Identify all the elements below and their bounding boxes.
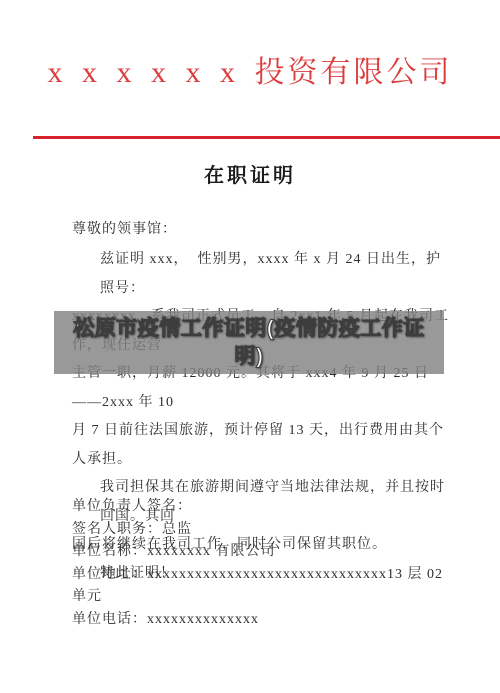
body-line: 月 7 日前往法国旅游，预计停留 13 天，出行费用由其个人承担。	[72, 417, 452, 474]
company-name-line: 单位名称：xxxxxxxx 有限公司	[72, 541, 452, 564]
header-divider-line	[33, 136, 500, 139]
watermark-overlay: 松原市疫情工作证明(疫情防疫工作证 明)	[54, 311, 444, 374]
company-title: x x x x x x 投资有限公司	[0, 52, 500, 94]
greeting-line: 尊敬的领事馆：	[72, 219, 452, 241]
company-address-line: 单位地址：xxxxxxxxxxxxxxxxxxxxxxxxxxxxxx13 层 …	[72, 564, 452, 609]
certificate-page: x x x x x x 投资有限公司 在职证明 尊敬的领事馆： 兹证明 xxx，…	[0, 0, 500, 693]
watermark-text-line1: 松原市疫情工作证明(疫情防疫工作证	[73, 315, 425, 343]
body-line: 兹证明 xxx， 性别男，xxxx 年 x 月 24 日出生，护照号：	[72, 246, 452, 303]
company-phone-line: 单位电话：xxxxxxxxxxxxxx	[72, 609, 452, 632]
document-title: 在职证明	[0, 160, 500, 192]
signer-name-line: 单位负责人签名：	[72, 496, 452, 519]
signer-title-line: 签名人职务：总监	[72, 519, 452, 542]
watermark-text-line2: 明)	[235, 343, 264, 371]
signature-block: 单位负责人签名： 签名人职务：总监 单位名称：xxxxxxxx 有限公司 单位地…	[72, 496, 452, 632]
